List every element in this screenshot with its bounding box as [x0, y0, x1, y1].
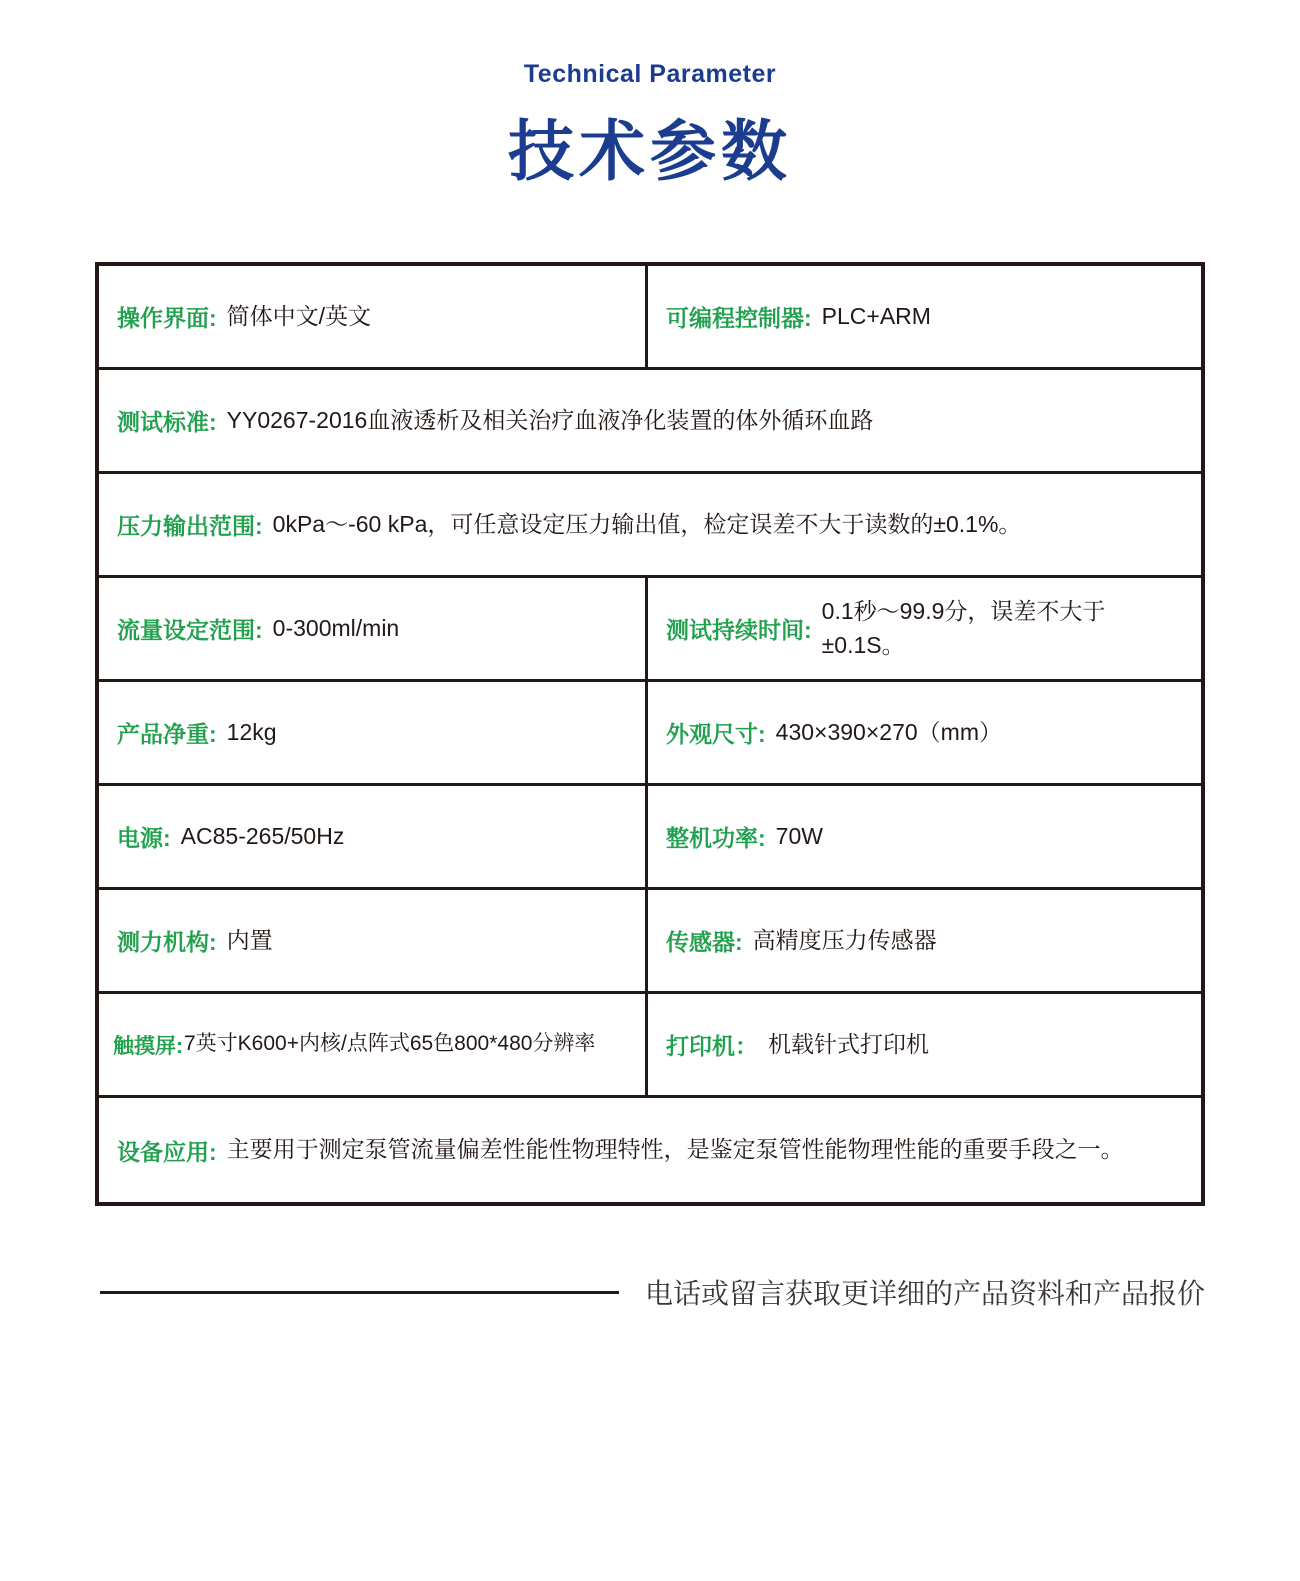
param-cell-force-mechanism: 测力机构: 内置 [99, 890, 648, 991]
param-label: 外观尺寸: [666, 716, 766, 749]
param-label: 打印机： [666, 1028, 758, 1061]
divider-line [100, 1291, 619, 1294]
table-row: 压力输出范围: 0kPa～-60 kPa，可任意设定压力输出值，检定误差不大于读… [99, 474, 1201, 578]
param-value: 高精度压力传感器 [753, 924, 937, 957]
param-cell-net-weight: 产品净重: 12kg [99, 682, 648, 783]
param-label: 测试持续时间: [666, 612, 812, 645]
param-cell-flow-setting-range: 流量设定范围: 0-300ml/min [99, 578, 648, 679]
param-label: 可编程控制器: [666, 300, 812, 333]
param-value: PLC+ARM [822, 300, 931, 333]
param-label: 产品净重: [117, 716, 217, 749]
param-label: 设备应用: [117, 1134, 217, 1167]
param-cell-pressure-output-range: 压力输出范围: 0kPa～-60 kPa，可任意设定压力输出值，检定误差不大于读… [99, 474, 1201, 575]
param-cell-programmable-controller: 可编程控制器: PLC+ARM [648, 266, 1201, 367]
page-footer: 电话或留言获取更详细的产品资料和产品报价 [100, 1272, 1205, 1312]
param-label: 测力机构: [117, 924, 217, 957]
param-value: AC85-265/50Hz [181, 820, 345, 853]
table-row: 电源: AC85-265/50Hz 整机功率: 70W [99, 786, 1201, 890]
param-value: 0.1秒～99.9分，误差不大于±0.1S。 [822, 595, 1187, 662]
param-cell-operation-interface: 操作界面: 简体中文/英文 [99, 266, 648, 367]
param-label: 压力输出范围: [117, 508, 263, 541]
param-label: 流量设定范围: [117, 612, 263, 645]
param-value: 内置 [227, 924, 273, 957]
param-cell-sensor: 传感器: 高精度压力传感器 [648, 890, 1201, 991]
param-value: 简体中文/英文 [227, 300, 371, 333]
table-row: 设备应用: 主要用于测定泵管流量偏差性能性物理特性，是鉴定泵管性能物理性能的重要… [99, 1098, 1201, 1202]
param-cell-equipment-application: 设备应用: 主要用于测定泵管流量偏差性能性物理特性，是鉴定泵管性能物理性能的重要… [99, 1098, 1201, 1202]
param-value: 70W [776, 820, 823, 853]
param-label: 触摸屏: [113, 1030, 183, 1060]
table-row: 流量设定范围: 0-300ml/min 测试持续时间: 0.1秒～99.9分，误… [99, 578, 1201, 682]
param-value: 主要用于测定泵管流量偏差性能性物理特性，是鉴定泵管性能物理性能的重要手段之一。 [227, 1133, 1124, 1166]
param-value: 12kg [227, 716, 277, 749]
param-value: 430×390×270（mm） [776, 716, 1002, 749]
header-subtitle-en: Technical Parameter [0, 60, 1300, 89]
table-row: 触摸屏: 7英寸K600+内核/点阵式65色800*480分辨率 打印机： 机载… [99, 994, 1201, 1098]
table-row: 测力机构: 内置 传感器: 高精度压力传感器 [99, 890, 1201, 994]
param-label: 操作界面: [117, 300, 217, 333]
param-label: 电源: [117, 820, 171, 853]
footer-note: 电话或留言获取更详细的产品资料和产品报价 [645, 1272, 1205, 1312]
param-value: YY0267-2016血液透析及相关治疗血液净化装置的体外循环血路 [227, 404, 874, 437]
param-cell-test-standard: 测试标准: YY0267-2016血液透析及相关治疗血液净化装置的体外循环血路 [99, 370, 1201, 471]
param-label: 测试标准: [117, 404, 217, 437]
param-cell-touchscreen: 触摸屏: 7英寸K600+内核/点阵式65色800*480分辨率 [99, 994, 648, 1095]
table-row: 操作界面: 简体中文/英文 可编程控制器: PLC+ARM [99, 266, 1201, 370]
spec-table: 操作界面: 简体中文/英文 可编程控制器: PLC+ARM 测试标准: YY02… [95, 262, 1205, 1206]
param-cell-printer: 打印机： 机载针式打印机 [648, 994, 1201, 1095]
table-row: 产品净重: 12kg 外观尺寸: 430×390×270（mm） [99, 682, 1201, 786]
param-cell-total-power: 整机功率: 70W [648, 786, 1201, 887]
param-cell-dimensions: 外观尺寸: 430×390×270（mm） [648, 682, 1201, 783]
param-value: 7英寸K600+内核/点阵式65色800*480分辨率 [184, 1029, 595, 1059]
table-row: 测试标准: YY0267-2016血液透析及相关治疗血液净化装置的体外循环血路 [99, 370, 1201, 474]
param-value: 机载针式打印机 [768, 1028, 929, 1061]
param-value: 0kPa～-60 kPa，可任意设定压力输出值，检定误差不大于读数的±0.1%。 [273, 508, 1022, 541]
param-label: 传感器: [666, 924, 743, 957]
param-cell-power-supply: 电源: AC85-265/50Hz [99, 786, 648, 887]
page-title: 技术参数 [0, 98, 1300, 193]
param-label: 整机功率: [666, 820, 766, 853]
param-cell-test-duration: 测试持续时间: 0.1秒～99.9分，误差不大于±0.1S。 [648, 578, 1201, 679]
param-value: 0-300ml/min [273, 612, 400, 645]
